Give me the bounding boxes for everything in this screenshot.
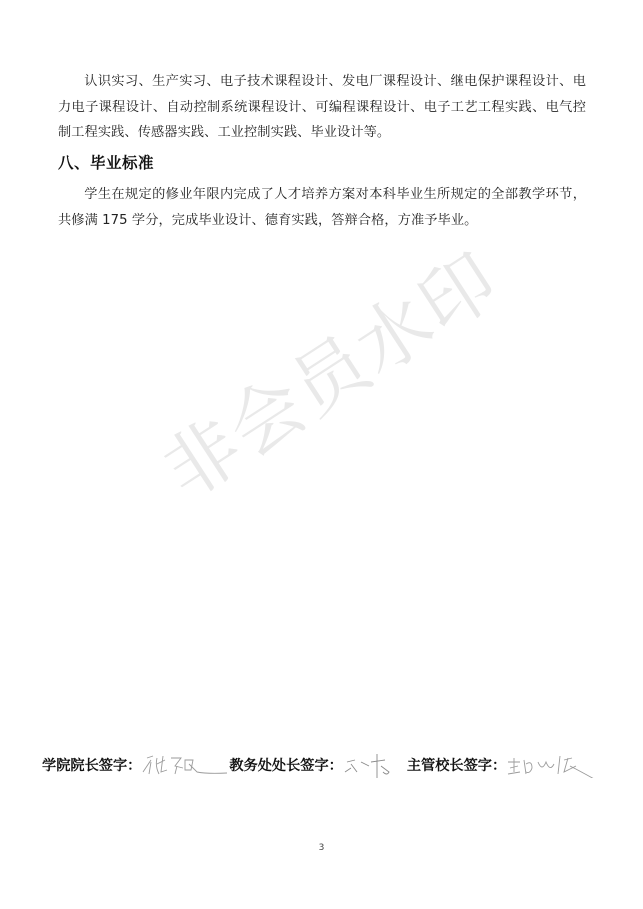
page-number: 3 — [0, 843, 643, 853]
practice-paragraph: 认识实习、生产实习、电子技术课程设计、发电厂课程设计、继电保护课程设计、电力电子… — [58, 69, 586, 146]
section-heading-graduation-standard: 八、毕业标准 — [58, 151, 154, 173]
academic-affairs-signature-label: 教务处处长签字： — [229, 755, 343, 775]
signature-row: 学院院长签字： 教务处处长签字： 主管校长签字： — [42, 752, 602, 778]
graduation-paragraph: 学生在规定的修业年限内完成了人才培养方案对本科毕业生所规定的全部教学环节，共修满… — [58, 182, 586, 233]
watermark: 非会员水印 — [140, 223, 516, 519]
dean-signature-label: 学院院长签字： — [42, 755, 141, 775]
vice-president-signature-label: 主管校长签字： — [407, 755, 506, 775]
document-page: 非会员水印 认识实习、生产实习、电子技术课程设计、发电厂课程设计、继电保护课程设… — [0, 0, 643, 909]
dean-signature-image — [141, 752, 229, 778]
vice-president-signature-image — [506, 752, 602, 778]
academic-affairs-signature-image — [343, 752, 407, 778]
graduation-text: 学生在规定的修业年限内完成了人才培养方案对本科毕业生所规定的全部教学环节，共修满… — [58, 187, 586, 228]
practice-text: 认识实习、生产实习、电子技术课程设计、发电厂课程设计、继电保护课程设计、电力电子… — [58, 74, 586, 140]
